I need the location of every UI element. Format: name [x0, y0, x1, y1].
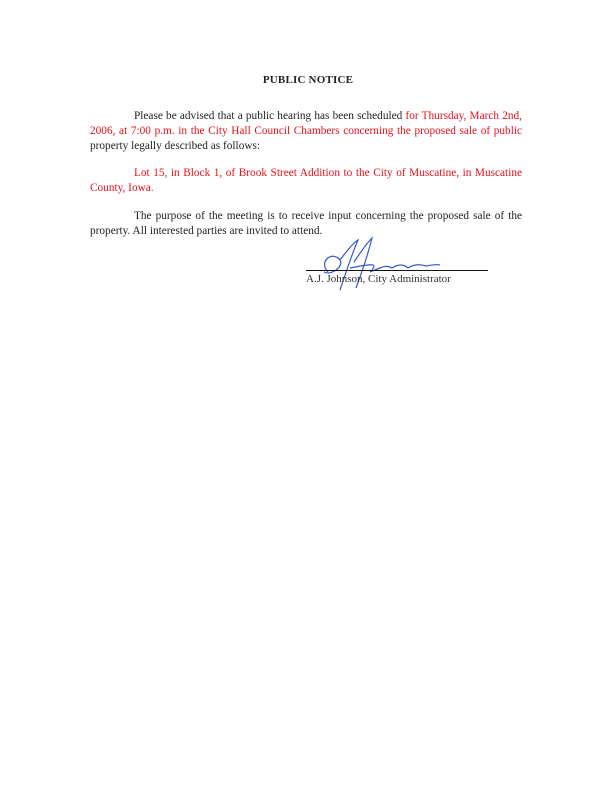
legal-description: Lot 15, in Block 1, of Brook Street Addi… [90, 166, 522, 196]
hearing-paragraph: Please be advised that a public hearing … [90, 109, 522, 154]
signature-line [306, 270, 488, 271]
purpose-paragraph: The purpose of the meeting is to receive… [90, 209, 522, 239]
signature-icon [310, 232, 450, 296]
notice-title: PUBLIC NOTICE [0, 74, 616, 86]
hearing-rest: property legally described as follows: [90, 140, 260, 152]
hearing-intro: Please be advised that a public hearing … [134, 110, 405, 122]
signatory-name: A.J. Johnson, City Administrator [306, 273, 451, 285]
